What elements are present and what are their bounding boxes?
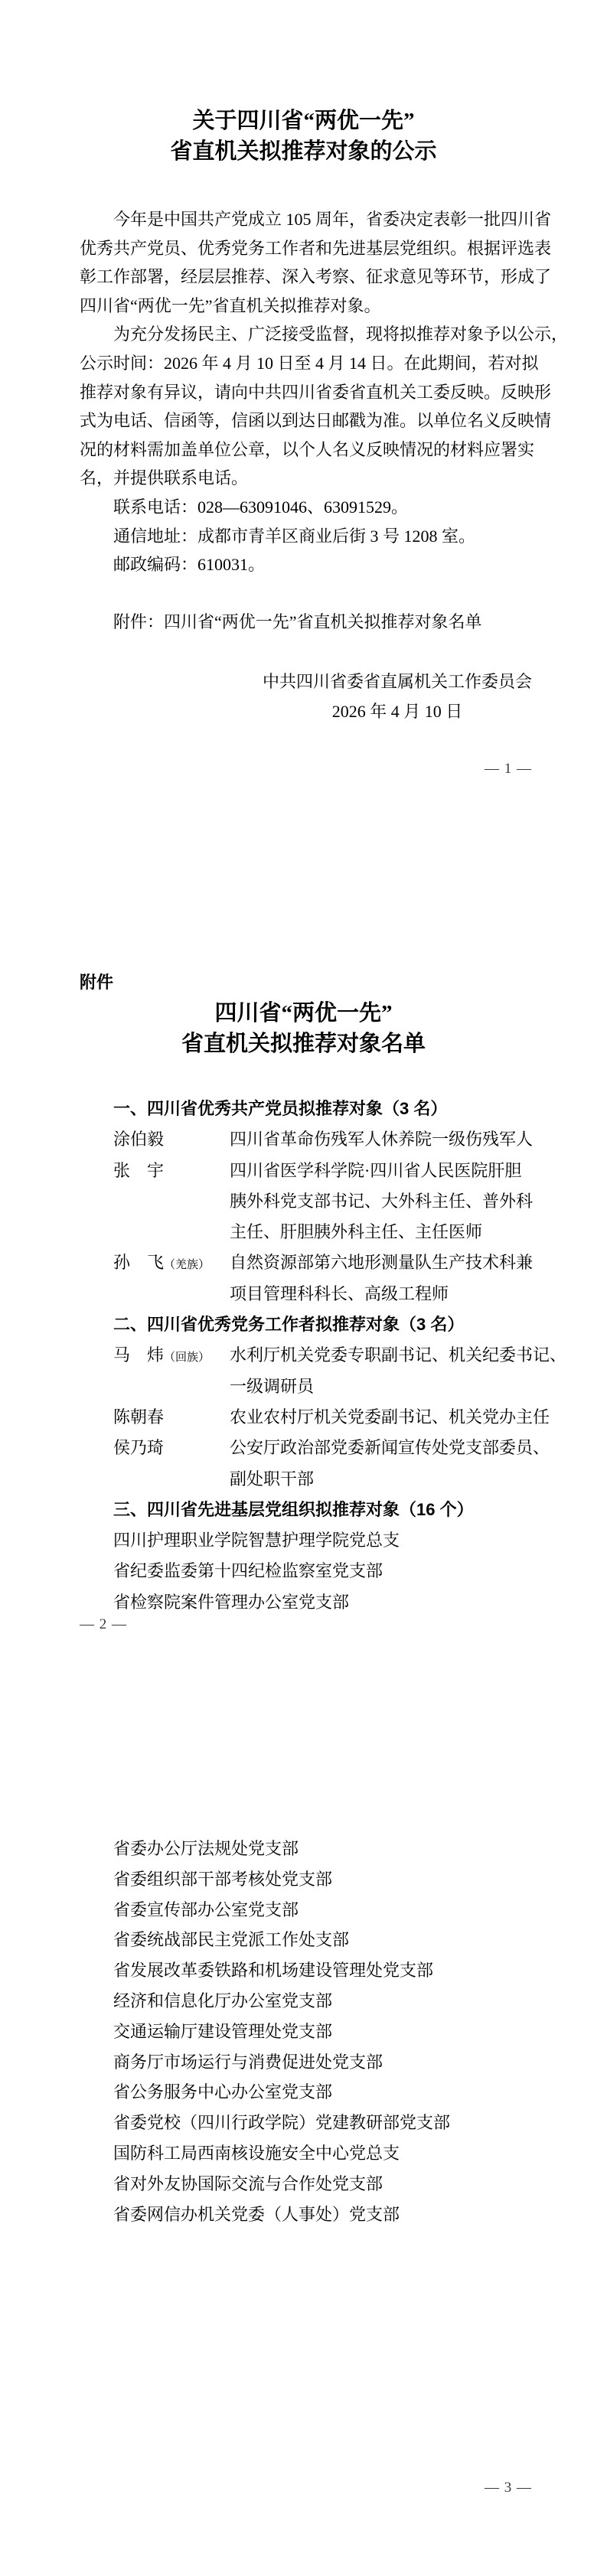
row-text: 省纪委监委第十四纪检监察室党支部	[113, 1561, 383, 1580]
ethnic-note: （回族）	[164, 1352, 210, 1364]
row-text: 二、四川省优秀党务工作者拟推荐对象（3 名）	[113, 1315, 464, 1334]
page1-body: 今年是中国共产党成立 105 周年，省委决定表彰一批四川省 优秀共产党员、优秀党…	[80, 205, 539, 637]
person-name-cell: 孙 飞（羌族）	[113, 1247, 230, 1280]
row-text: 水利厅机关党委专职副书记、机关纪委书记、	[230, 1345, 566, 1365]
person-name-cell: 马 炜（回族）	[113, 1340, 230, 1373]
org-line: 省发展改革委铁路和机场建设管理处党支部	[80, 1955, 585, 1986]
org-line: 交通运输厅建设管理处党支部	[80, 2017, 585, 2047]
body-line: 况的材料需加盖单位公章，以个人名义反映情况的材料应署实	[80, 435, 539, 465]
body-line: 联系电话：028—63091046、63091529。	[80, 493, 539, 522]
list-row: 省检察院案件管理办公室党支部	[80, 1587, 585, 1618]
list-row: 一级调研员	[80, 1371, 585, 1402]
list-row: 二、四川省优秀党务工作者拟推荐对象（3 名）	[80, 1309, 585, 1340]
person-name-cell: 陈朝春	[113, 1402, 230, 1435]
org-line: 省委办公厅法规处党支部	[80, 1834, 585, 1864]
body-line: 今年是中国共产党成立 105 周年，省委决定表彰一批四川省	[80, 205, 539, 234]
list-row: 三、四川省先进基层党组织拟推荐对象（16 个）	[80, 1495, 585, 1525]
row-text: 四川护理职业学院智慧护理学院党总支	[113, 1531, 400, 1550]
row-text: 项目管理科科长、高级工程师	[230, 1284, 449, 1303]
person-name: 侯乃琦	[113, 1438, 164, 1457]
list-row: 孙 飞（羌族）自然资源部第六地形测量队生产技术科兼	[80, 1247, 585, 1278]
body-line: 四川省“两优一先”省直机关拟推荐对象。	[80, 292, 539, 321]
list-row: 马 炜（回族）水利厅机关党委专职副书记、机关纪委书记、	[80, 1340, 585, 1371]
row-text: 一级调研员	[230, 1377, 314, 1396]
signature-block: 中共四川省委省直属机关工作委员会 2026 年 4 月 10 日	[263, 667, 532, 726]
attachment-label: 附件	[80, 970, 113, 995]
row-text: 农业农村厅机关党委副书记、机关党办主任	[230, 1407, 550, 1427]
person-name: 张 宇	[113, 1161, 164, 1180]
body-line: 邮政编码：610031。	[80, 550, 539, 579]
org-line: 省委党校（四川行政学院）党建教研部党支部	[80, 2108, 585, 2138]
list-row: 项目管理科科长、高级工程师	[80, 1279, 585, 1309]
person-name-cell: 张 宇	[113, 1156, 230, 1189]
org-line: 省委宣传部办公室党支部	[80, 1895, 585, 1925]
signature-org: 中共四川省委省直属机关工作委员会	[263, 667, 532, 697]
document: 关于四川省“两优一先” 省直机关拟推荐对象的公示 今年是中国共产党成立 105 …	[0, 0, 607, 2576]
row-text: 四川省革命伤残军人休养院一级伤残军人	[230, 1130, 533, 1149]
row-text: 主任、肝胆胰外科主任、主任医师	[230, 1222, 482, 1241]
org-list-continued: 省委办公厅法规处党支部 省委组织部干部考核处党支部 省委宣传部办公室党支部 省委…	[80, 1834, 585, 2229]
page2-title: 四川省“两优一先” 省直机关拟推荐对象名单	[0, 998, 607, 1059]
list-row: 副处职干部	[80, 1464, 585, 1495]
body-line: 附件：四川省“两优一先”省直机关拟推荐对象名单	[80, 608, 539, 637]
org-line: 国防科工局西南核设施安全中心党总支	[80, 2138, 585, 2169]
page-number-2: — 2 —	[80, 1616, 127, 1633]
list-row: 侯乃琦公安厅政治部党委新闻宣传处党支部委员、	[80, 1433, 585, 1463]
body-line: 优秀共产党员、优秀党务工作者和先进基层党组织。根据评选表	[80, 234, 539, 263]
page1-title: 关于四川省“两优一先” 省直机关拟推荐对象的公示	[0, 106, 607, 167]
person-name: 孙 飞	[113, 1253, 164, 1272]
org-line: 商务厅市场运行与消费促进处党支部	[80, 2047, 585, 2078]
page1-title-line: 省直机关拟推荐对象的公示	[0, 136, 607, 167]
body-line: 推荐对象有异议，请向中共四川省委省直机关工委反映。反映形	[80, 378, 539, 407]
row-text: 自然资源部第六地形测量队生产技术科兼	[230, 1253, 533, 1272]
list-row: 张 宇四川省医学科学院·四川省人民医院肝胆	[80, 1156, 585, 1186]
person-name-cell: 涂伯毅	[113, 1124, 230, 1157]
person-name: 陈朝春	[113, 1407, 164, 1427]
row-text: 一、四川省优秀共产党员拟推荐对象（3 名）	[113, 1099, 447, 1118]
recommendation-list: 一、四川省优秀共产党员拟推荐对象（3 名） 涂伯毅四川省革命伤残军人休养院一级伤…	[80, 1094, 585, 1618]
list-row: 省纪委监委第十四纪检监察室党支部	[80, 1556, 585, 1586]
list-row: 陈朝春农业农村厅机关党委副书记、机关党办主任	[80, 1402, 585, 1433]
person-name: 马 炜	[113, 1345, 164, 1365]
org-line: 省委统战部民主党派工作处支部	[80, 1925, 585, 1955]
row-text: 公安厅政治部党委新闻宣传处党支部委员、	[230, 1438, 550, 1457]
person-name: 涂伯毅	[113, 1130, 164, 1149]
list-row: 主任、肝胆胰外科主任、主任医师	[80, 1217, 585, 1247]
org-line: 省对外友协国际交流与合作处党支部	[80, 2169, 585, 2199]
person-name-cell: 侯乃琦	[113, 1433, 230, 1466]
ethnic-note: （羌族）	[164, 1259, 210, 1271]
body-line: 彰工作部署，经层层推荐、深入考察、征求意见等环节，形成了	[80, 262, 539, 292]
list-row: 胰外科党支部书记、大外科主任、普外科	[80, 1186, 585, 1217]
org-line: 省委网信办机关党委（人事处）党支部	[80, 2199, 585, 2230]
list-row: 一、四川省优秀共产党员拟推荐对象（3 名）	[80, 1094, 585, 1124]
page-number-1: — 1 —	[485, 761, 532, 778]
row-text: 胰外科党支部书记、大外科主任、普外科	[230, 1192, 533, 1211]
org-line: 省公务服务中心办公室党支部	[80, 2077, 585, 2108]
body-line: 名，并提供联系电话。	[80, 464, 539, 493]
body-line: 通信地址：成都市青羊区商业后街 3 号 1208 室。	[80, 522, 539, 551]
page2-title-line: 省直机关拟推荐对象名单	[0, 1029, 607, 1059]
body-line: 式为电话、信函等，信函以到达日邮戳为准。以单位名义反映情	[80, 406, 539, 435]
page-number-3: — 3 —	[485, 2480, 532, 2496]
signature-date: 2026 年 4 月 10 日	[263, 697, 532, 727]
body-line: 公示时间：2026 年 4 月 10 日至 4 月 14 日。在此期间，若对拟	[80, 349, 539, 378]
row-text: 三、四川省先进基层党组织拟推荐对象（16 个）	[113, 1500, 474, 1519]
body-line: 为充分发扬民主、广泛接受监督，现将拟推荐对象予以公示，	[80, 320, 539, 349]
row-text: 省检察院案件管理办公室党支部	[113, 1593, 349, 1612]
org-line: 省委组织部干部考核处党支部	[80, 1864, 585, 1895]
page2-title-line: 四川省“两优一先”	[0, 998, 607, 1029]
body-line	[80, 579, 539, 608]
org-line: 经济和信息化厅办公室党支部	[80, 1986, 585, 2017]
row-text: 四川省医学科学院·四川省人民医院肝胆	[230, 1161, 521, 1180]
list-row: 涂伯毅四川省革命伤残军人休养院一级伤残军人	[80, 1124, 585, 1155]
page1-title-line: 关于四川省“两优一先”	[0, 106, 607, 136]
row-text: 副处职干部	[230, 1469, 314, 1489]
list-row: 四川护理职业学院智慧护理学院党总支	[80, 1525, 585, 1556]
